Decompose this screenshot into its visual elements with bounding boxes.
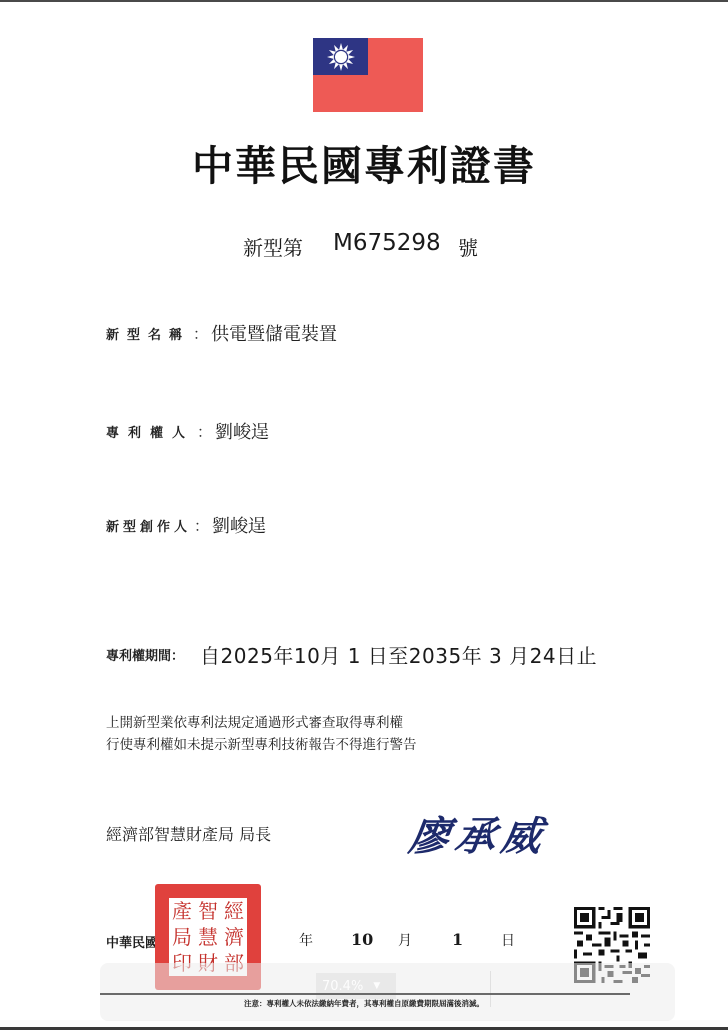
field-value: 供電暨儲電裝置 xyxy=(211,320,337,346)
field-label: 新型名稱 xyxy=(106,324,190,343)
flag-canton xyxy=(313,38,368,75)
patent-number-suffix: 號 xyxy=(458,232,478,261)
zoom-level-value: 70.4% xyxy=(322,979,363,994)
seal-char: 局 xyxy=(169,924,195,950)
field-label: 專利權人 xyxy=(106,422,194,441)
date-month-unit: 月 xyxy=(398,930,412,950)
field-separator: ： xyxy=(193,323,208,344)
field-value: 劉峻逞 xyxy=(215,418,269,444)
term-label: 專利權期間： xyxy=(106,645,184,664)
field-separator: ： xyxy=(197,421,212,442)
field-model-name: 新型名稱 ： 供電暨儲電裝置 xyxy=(106,320,337,346)
footer-rule xyxy=(100,993,630,995)
field-label: 新型創作人 xyxy=(106,516,191,535)
notice-line: 行使專利權如未提示新型專利技術報告不得進行警告 xyxy=(106,734,417,756)
zoom-level-dropdown[interactable]: 70.4% ▼ xyxy=(316,973,396,999)
field-patentee: 專利權人 ： 劉峻逞 xyxy=(106,418,269,444)
certificate-title: 中華民國專利證書 xyxy=(0,133,728,192)
field-creator: 新型創作人 ： 劉峻逞 xyxy=(106,512,266,538)
window-top-border xyxy=(0,0,728,2)
patent-number: 新型第 M675298 號 xyxy=(0,232,728,262)
seal-char: 慧 xyxy=(195,924,221,950)
date-era: 中華民國 xyxy=(106,932,158,951)
date-month: 10 xyxy=(351,930,373,949)
patent-number-value: M675298 xyxy=(333,230,441,256)
seal-char: 智 xyxy=(195,898,221,924)
date-day: 1 xyxy=(452,930,463,949)
field-separator: ： xyxy=(194,515,209,536)
date-year-unit: 年 xyxy=(299,930,313,950)
seal-char: 經 xyxy=(221,898,247,924)
notice-line: 上開新型業依專利法規定通過形式審查取得專利權 xyxy=(106,712,417,734)
legal-notice: 上開新型業依專利法規定通過形式審查取得專利權 行使專利權如未提示新型專利技術報告… xyxy=(106,712,417,756)
roc-flag-icon xyxy=(313,38,423,112)
term-value: 自2025年10月 1 日至2035年 3 月24日止 xyxy=(200,640,597,669)
seal-char: 產 xyxy=(169,898,195,924)
field-value: 劉峻逞 xyxy=(212,512,266,538)
viewer-toolbar: 70.4% ▼ xyxy=(100,963,675,1021)
issuing-office: 經濟部智慧財產局 局長 xyxy=(106,822,271,845)
date-day-unit: 日 xyxy=(501,930,515,950)
patent-term: 專利權期間： 自2025年10月 1 日至2035年 3 月24日止 xyxy=(106,640,597,669)
white-sun-icon xyxy=(326,42,356,72)
seal-char: 濟 xyxy=(221,924,247,950)
patent-number-prefix: 新型第 xyxy=(243,232,303,261)
fee-notice: 注意：專利權人未依法繳納年費者，其專利權自原繳費期限屆滿後消滅。 xyxy=(0,998,728,1009)
chevron-down-icon: ▼ xyxy=(373,981,380,991)
director-signature: 廖承威 xyxy=(406,805,552,862)
